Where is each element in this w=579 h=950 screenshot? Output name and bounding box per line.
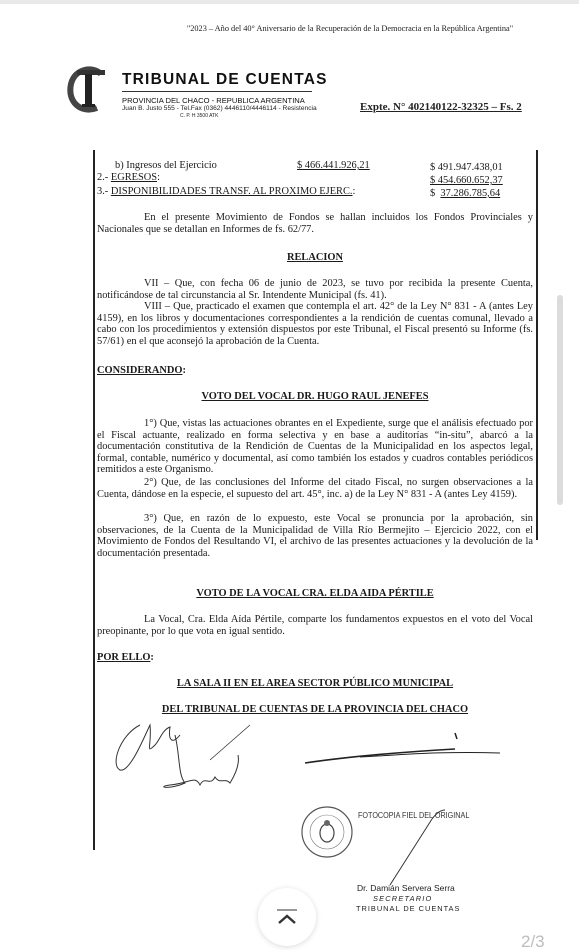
chevron-up-to-top-icon [274, 907, 300, 927]
egresos-label: 2.- EGRESOS: [97, 172, 160, 183]
left-margin-line [93, 150, 95, 850]
right-margin-line [536, 150, 538, 540]
ingresos-total: $ 491.947.438,01 [430, 162, 503, 173]
secretary-role: SECRETARIO [373, 894, 433, 903]
scrollbar[interactable] [557, 295, 563, 505]
expediente-number: Expte. N° 402140122-32325 – Fs. 2 [360, 101, 522, 113]
paragraph-vii: VII – Que, con fecha 06 de junio de 2023… [97, 278, 533, 301]
viewer-top-bar [0, 0, 579, 4]
ingresos-label: b) Ingresos del Ejercicio [115, 160, 217, 171]
org-title: TRIBUNAL DE CUENTAS [122, 71, 328, 89]
paragraph-movimiento: En el presente Movimiento de Fondos se h… [97, 212, 533, 235]
disponibilidades-value: $ 37.286.785,64 [430, 188, 500, 199]
official-seal-icon [300, 805, 354, 859]
org-address: Juan B. Justo 555 - Tel.Fax (0362) 44461… [122, 105, 317, 112]
paragraph-1: 1°) Que, vistas las actuaciones obrantes… [97, 418, 533, 476]
secretary-signature [370, 805, 460, 895]
org-postal-code: C. P. H 3500 ATK [180, 113, 218, 119]
signatures-handwritten [100, 715, 540, 805]
resolution-line-2: DEL TRIBUNAL DE CUENTAS DE LA PROVINCIA … [97, 704, 533, 715]
heading-voto-jenefes: VOTO DEL VOCAL DR. HUGO RAUL JENEFES [97, 391, 533, 402]
heading-considerando: CONSIDERANDO: [97, 365, 186, 376]
page-indicator: 2/3 [521, 932, 545, 950]
heading-por-ello: POR ELLO: [97, 652, 154, 663]
document-motto: "2023 – Año del 40° Aniversario de la Re… [180, 24, 520, 34]
heading-voto-pertile: VOTO DE LA VOCAL CRA. ELDA AIDA PÉRTILE [97, 588, 533, 599]
secretary-org: TRIBUNAL DE CUENTAS [356, 904, 460, 913]
paragraph-3: 3°) Que, en razón de lo expuesto, este V… [97, 513, 533, 559]
disponibilidades-label: 3.- DISPONIBILIDADES TRANSF. AL PROXIMO … [97, 186, 355, 197]
tribunal-logo-icon [63, 60, 111, 118]
org-title-rule [122, 91, 312, 92]
egresos-value: $ 454.660.652,37 [430, 175, 503, 186]
paragraph-2: 2°) Que, de las conclusiones del Informe… [97, 477, 533, 500]
heading-relacion: RELACION [97, 252, 533, 263]
paragraph-viii: VIII – Que, practicado el examen que con… [97, 301, 533, 347]
resolution-line-1: LA SALA II EN EL AREA SECTOR PÚBLICO MUN… [97, 678, 533, 689]
ingresos-value: $ 466.441.926,21 [297, 160, 370, 171]
org-subtitle: PROVINCIA DEL CHACO - REPUBLICA ARGENTIN… [122, 96, 305, 105]
scroll-to-top-button[interactable] [258, 888, 316, 946]
paragraph-4: La Vocal, Cra. Elda Aída Pértile, compar… [97, 614, 533, 637]
secretary-name: Dr. Damián Servera Serra [357, 883, 455, 893]
